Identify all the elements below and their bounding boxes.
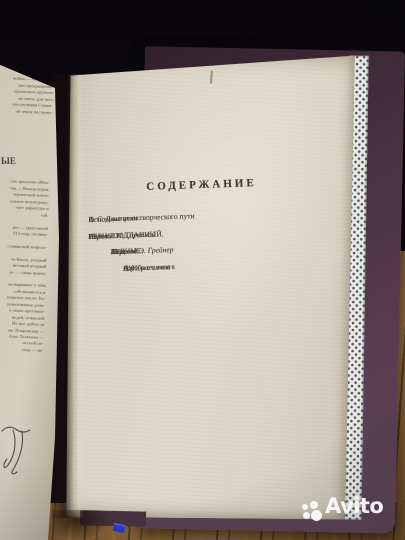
left-page-text-column: щего текста пис-война,— «Колоколь-ное пр…	[0, 69, 54, 354]
toc-entry-1: А. С. Дмитриев. Основные вехи творческог…	[88, 207, 310, 215]
contents-page: СОДЕРЖАНИЕ А. С. Дмитриев. Основные вехи…	[61, 50, 355, 523]
toc-entry-4-page: 640	[123, 263, 135, 272]
contents-text: СОДЕРЖАНИЕ А. С. Дмитриев. Основные вехи…	[61, 48, 361, 525]
toc-entry-3-page: 450	[111, 247, 123, 256]
open-book: СОДЕРЖАНИЕ А. С. Дмитриев. Основные вехи…	[53, 40, 405, 537]
toc-entry-4: Примечания А. Ибрагимова . 640	[123, 257, 306, 263]
toc-entry-1-title: Основные вехи творческого пути	[88, 211, 194, 224]
previous-page-edge: щего текста пис-война,— «Колоколь-ное пр…	[0, 58, 62, 540]
toc-entry-2-page: 18	[88, 231, 96, 240]
left-page-heading-fragment: ЫЕ	[1, 156, 16, 166]
toc-entry-2: ВЕРНОПОДДАННЫЙ. Роман. Перевод И. Горкин…	[88, 223, 316, 231]
toc-entry-1-page: 3	[88, 215, 92, 224]
ink-flourish-icon	[0, 422, 32, 480]
left-page-text-line: стер — ан-	[0, 346, 43, 355]
book-photo: СОДЕРЖАНИЕ А. С. Дмитриев. Основные вехи…	[0, 0, 405, 540]
contents-heading: СОДЕРЖАНИЕ	[65, 174, 337, 195]
toc-entry-3: БЕДНЫЕ. Роман. Перевод Э. Грейнер . 450	[111, 240, 309, 247]
avito-watermark-text: Avito	[325, 494, 383, 518]
avito-watermark: Avito	[299, 498, 405, 534]
